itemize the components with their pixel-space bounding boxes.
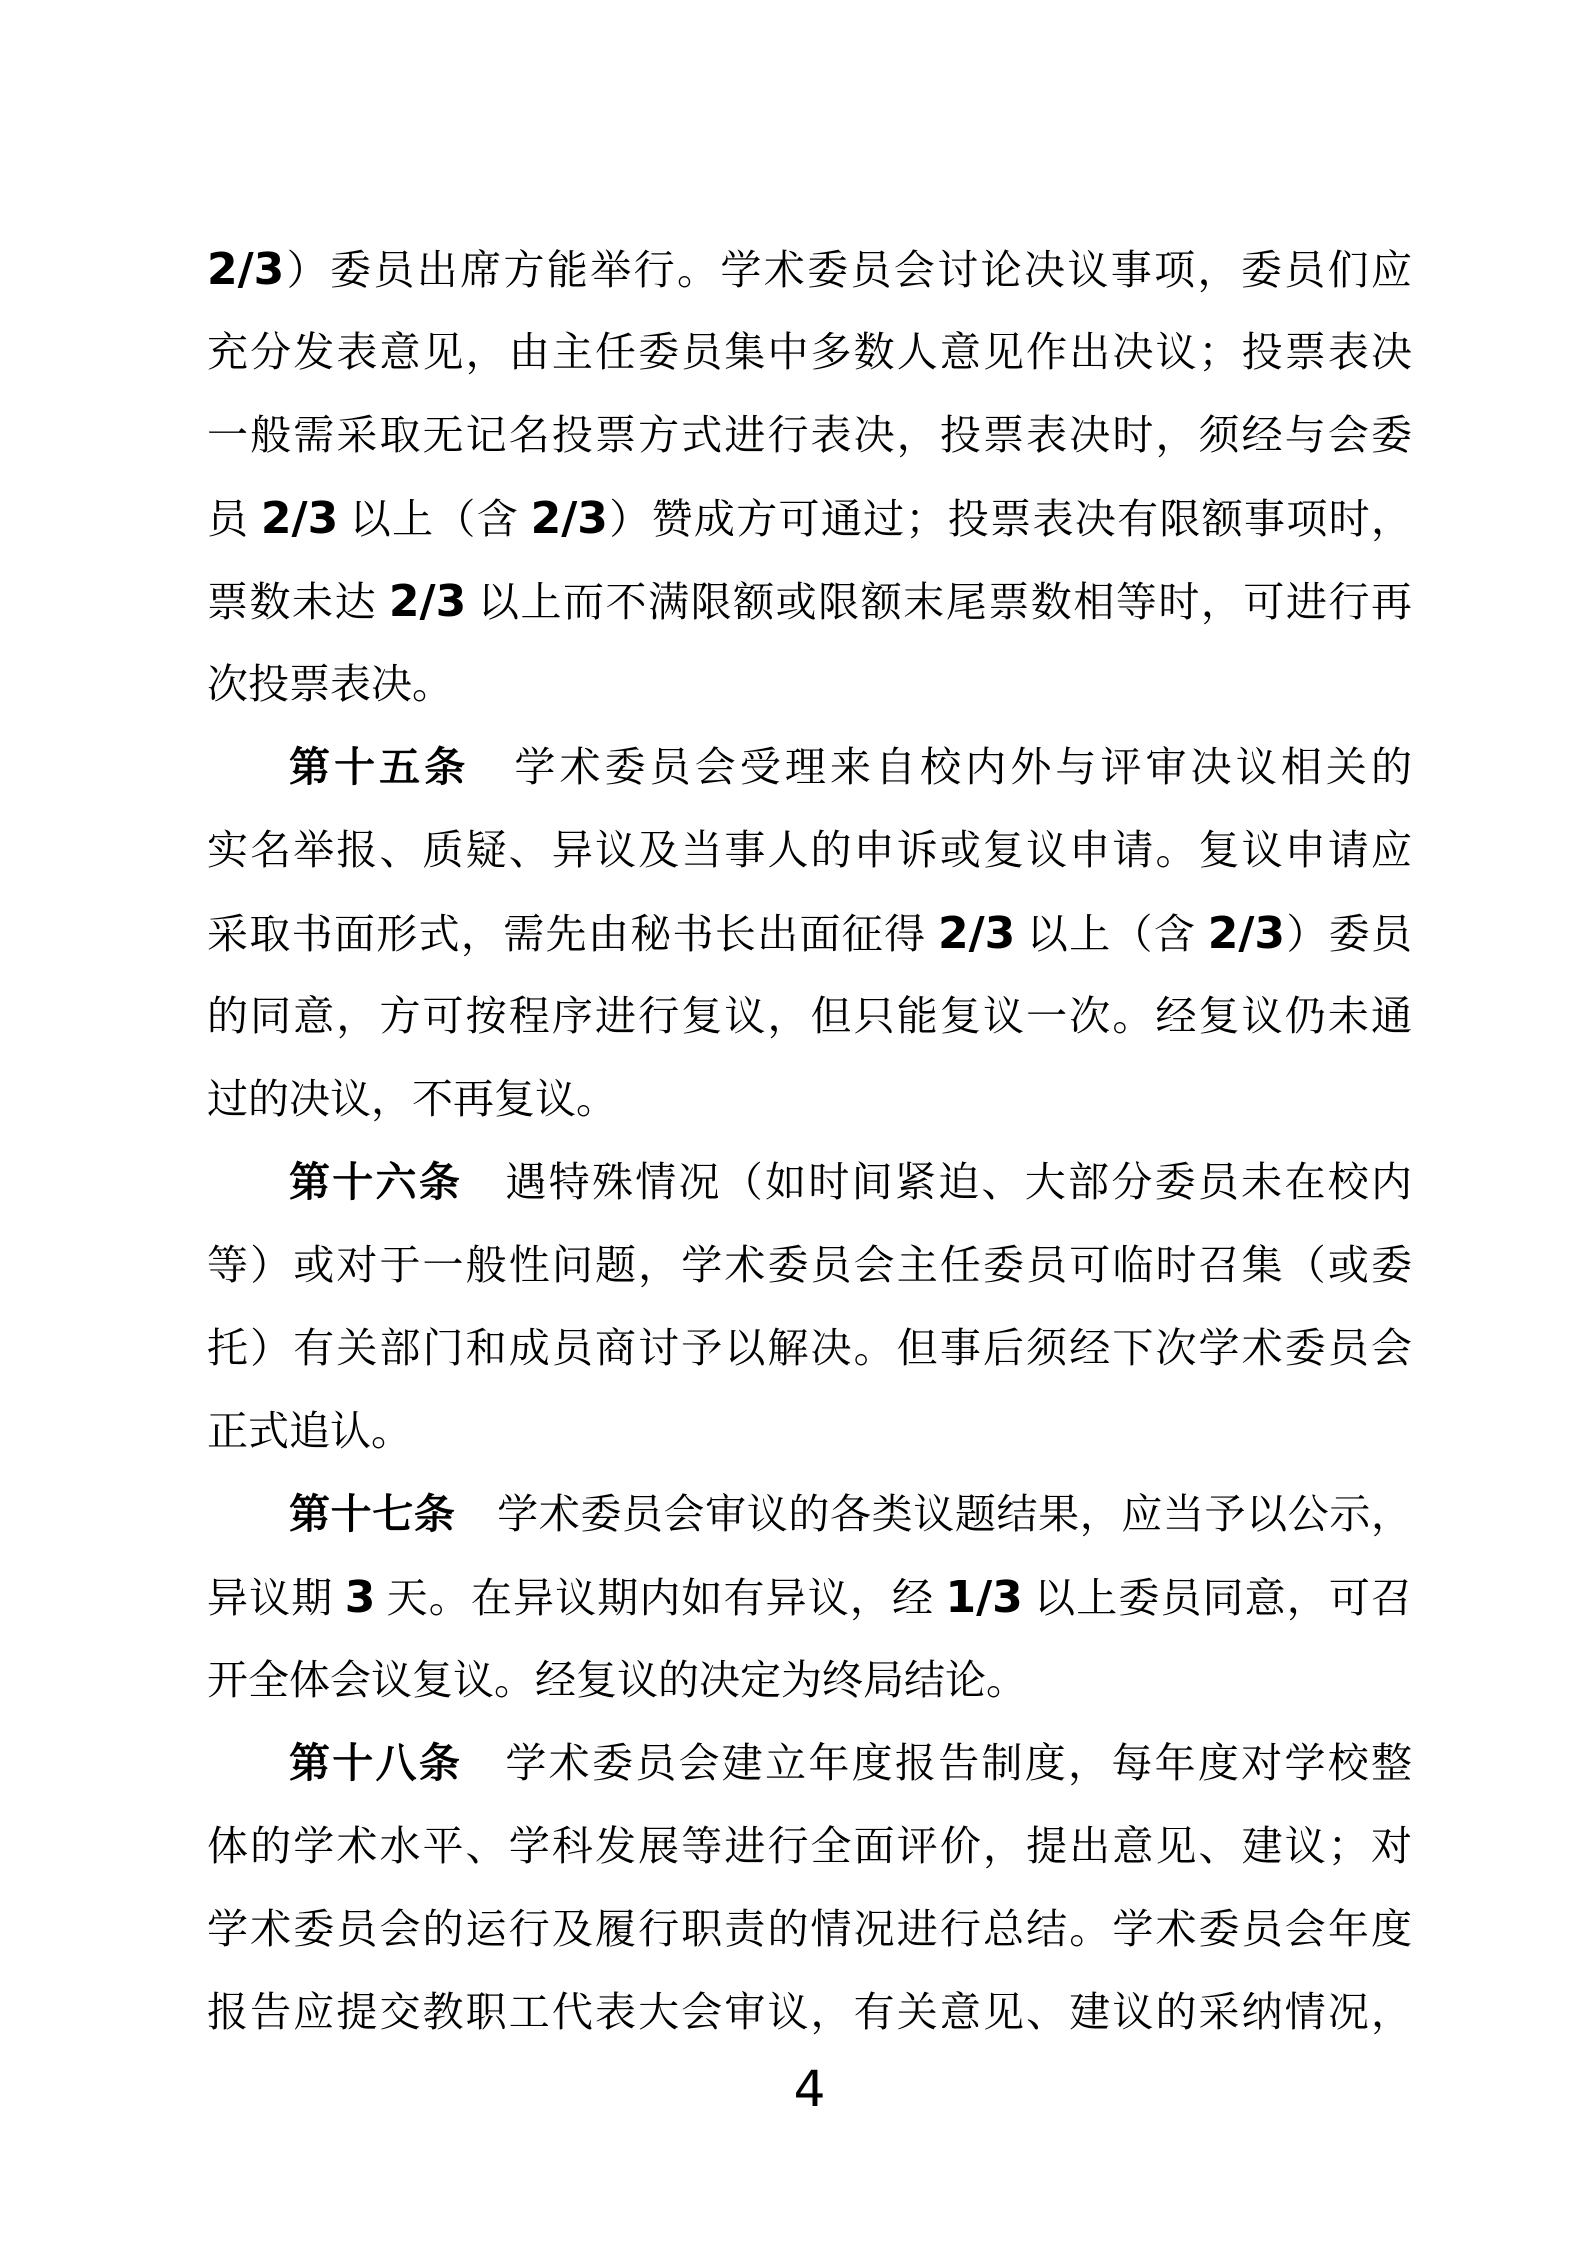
text-line: 员 2/3 以上（含 2/3）赞成方可通过；投票表决有限额事项时， bbox=[207, 477, 1412, 560]
numeric-text: 3 bbox=[345, 1572, 376, 1623]
article-number: 第十八条 bbox=[289, 1740, 462, 1786]
text-segment: 学术委员会的运行及履行职责的情况进行总结。学术委员会年度 bbox=[207, 1906, 1412, 1952]
text-line: 开全体会议复议。经复议的决定为终局结论。 bbox=[207, 1639, 1412, 1722]
text-line: 采取书面形式，需先由秘书长出面征得 2/3 以上（含 2/3）委员 bbox=[207, 892, 1412, 975]
text-line: 学术委员会的运行及履行职责的情况进行总结。学术委员会年度 bbox=[207, 1888, 1412, 1971]
text-segment: 学术委员会受理来自校内外与评审决议相关的 bbox=[469, 744, 1412, 790]
text-segment: 充分发表意见，由主任委员集中多数人意见作出决议；投票表决 bbox=[207, 329, 1412, 375]
text-segment: 员 bbox=[207, 496, 261, 542]
text-segment: 遇特殊情况（如时间紧迫、大部分委员未在校内 bbox=[462, 1159, 1412, 1205]
text-block: 2/3）委员出席方能举行。学术委员会讨论决议事项，委员们应充分发表意见，由主任委… bbox=[207, 228, 1412, 2054]
text-segment: 采取书面形式，需先由秘书长出面征得 bbox=[207, 911, 938, 957]
text-segment: 学术委员会审议的各类议题结果，应当予以公示， bbox=[455, 1491, 1412, 1537]
text-segment: ）委员 bbox=[1285, 911, 1412, 957]
text-segment: 体的学术水平、学科发展等进行全面评价，提出意见、建议；对 bbox=[207, 1823, 1412, 1869]
text-segment: 一般需采取无记名投票方式进行表决，投票表决时，须经与会委 bbox=[207, 412, 1412, 458]
text-segment: 次投票表决。 bbox=[207, 661, 453, 707]
numeric-text: 2/3 bbox=[261, 493, 338, 544]
text-segment: ）委员出席方能举行。学术委员会讨论决议事项，委员们应 bbox=[284, 247, 1412, 293]
text-segment: ）赞成方可通过；投票表决有限额事项时， bbox=[608, 496, 1412, 542]
numeric-text: 2/3 bbox=[1208, 908, 1285, 959]
text-segment: 正式追认。 bbox=[207, 1408, 412, 1454]
text-line: 的同意，方可按程序进行复议，但只能复议一次。经复议仍未通 bbox=[207, 975, 1412, 1058]
paragraph-heading-line: 第十六条 遇特殊情况（如时间紧迫、大部分委员未在校内 bbox=[207, 1141, 1412, 1224]
document-page: 2/3）委员出席方能举行。学术委员会讨论决议事项，委员们应充分发表意见，由主任委… bbox=[0, 0, 1586, 2245]
text-line: 异议期 3 天。在异议期内如有异议，经 1/3 以上委员同意，可召 bbox=[207, 1556, 1412, 1639]
article-number: 第十五条 bbox=[289, 744, 469, 790]
text-segment: 天。在异议期内如有异议，经 bbox=[375, 1575, 945, 1621]
text-segment: 过的决议，不再复议。 bbox=[207, 1076, 617, 1122]
text-line: 充分发表意见，由主任委员集中多数人意见作出决议；投票表决 bbox=[207, 311, 1412, 394]
text-segment: 票数未达 bbox=[207, 579, 389, 625]
text-segment: 以上（含 bbox=[338, 496, 530, 542]
text-segment: 以上而不满限额或限额末尾票数相等时，可进行再 bbox=[466, 579, 1412, 625]
text-segment: 异议期 bbox=[207, 1575, 345, 1621]
text-line: 次投票表决。 bbox=[207, 643, 1412, 726]
numeric-text: 2/3 bbox=[389, 576, 466, 627]
text-line: 等）或对于一般性问题，学术委员会主任委员可临时召集（或委 bbox=[207, 1224, 1412, 1307]
numeric-text: 2/3 bbox=[938, 908, 1015, 959]
numeric-text: 1/3 bbox=[945, 1572, 1022, 1623]
page-number: 4 bbox=[207, 2063, 1412, 2115]
text-line: 实名举报、质疑、异议及当事人的申诉或复议申请。复议申请应 bbox=[207, 809, 1412, 892]
text-segment: 报告应提交教职工代表大会审议，有关意见、建议的采纳情况， bbox=[207, 1989, 1412, 2035]
text-segment: 实名举报、质疑、异议及当事人的申诉或复议申请。复议申请应 bbox=[207, 827, 1412, 873]
numeric-text: 2/3 bbox=[207, 244, 284, 295]
text-segment: 学术委员会建立年度报告制度，每年度对学校整 bbox=[462, 1740, 1412, 1786]
text-segment: 以上（含 bbox=[1015, 911, 1207, 957]
text-line: 票数未达 2/3 以上而不满限额或限额末尾票数相等时，可进行再 bbox=[207, 560, 1412, 643]
text-segment: 等）或对于一般性问题，学术委员会主任委员可临时召集（或委 bbox=[207, 1242, 1412, 1288]
text-line: 报告应提交教职工代表大会审议，有关意见、建议的采纳情况， bbox=[207, 1971, 1412, 2054]
text-line: 一般需采取无记名投票方式进行表决，投票表决时，须经与会委 bbox=[207, 394, 1412, 477]
paragraph-heading-line: 第十七条 学术委员会审议的各类议题结果，应当予以公示， bbox=[207, 1473, 1412, 1556]
article-number: 第十六条 bbox=[289, 1159, 462, 1205]
text-segment: 以上委员同意，可召 bbox=[1023, 1575, 1412, 1621]
text-segment: 的同意，方可按程序进行复议，但只能复议一次。经复议仍未通 bbox=[207, 993, 1412, 1039]
text-line: 过的决议，不再复议。 bbox=[207, 1058, 1412, 1141]
text-line: 体的学术水平、学科发展等进行全面评价，提出意见、建议；对 bbox=[207, 1805, 1412, 1888]
article-number: 第十七条 bbox=[289, 1491, 455, 1537]
numeric-text: 2/3 bbox=[531, 493, 608, 544]
paragraph-heading-line: 第十五条 学术委员会受理来自校内外与评审决议相关的 bbox=[207, 726, 1412, 809]
text-segment: 托）有关部门和成员商讨予以解决。但事后须经下次学术委员会 bbox=[207, 1325, 1412, 1371]
text-line: 托）有关部门和成员商讨予以解决。但事后须经下次学术委员会 bbox=[207, 1307, 1412, 1390]
text-line: 正式追认。 bbox=[207, 1390, 1412, 1473]
text-segment: 开全体会议复议。经复议的决定为终局结论。 bbox=[207, 1657, 1027, 1703]
paragraph-heading-line: 第十八条 学术委员会建立年度报告制度，每年度对学校整 bbox=[207, 1722, 1412, 1805]
text-line: 2/3）委员出席方能举行。学术委员会讨论决议事项，委员们应 bbox=[207, 228, 1412, 311]
